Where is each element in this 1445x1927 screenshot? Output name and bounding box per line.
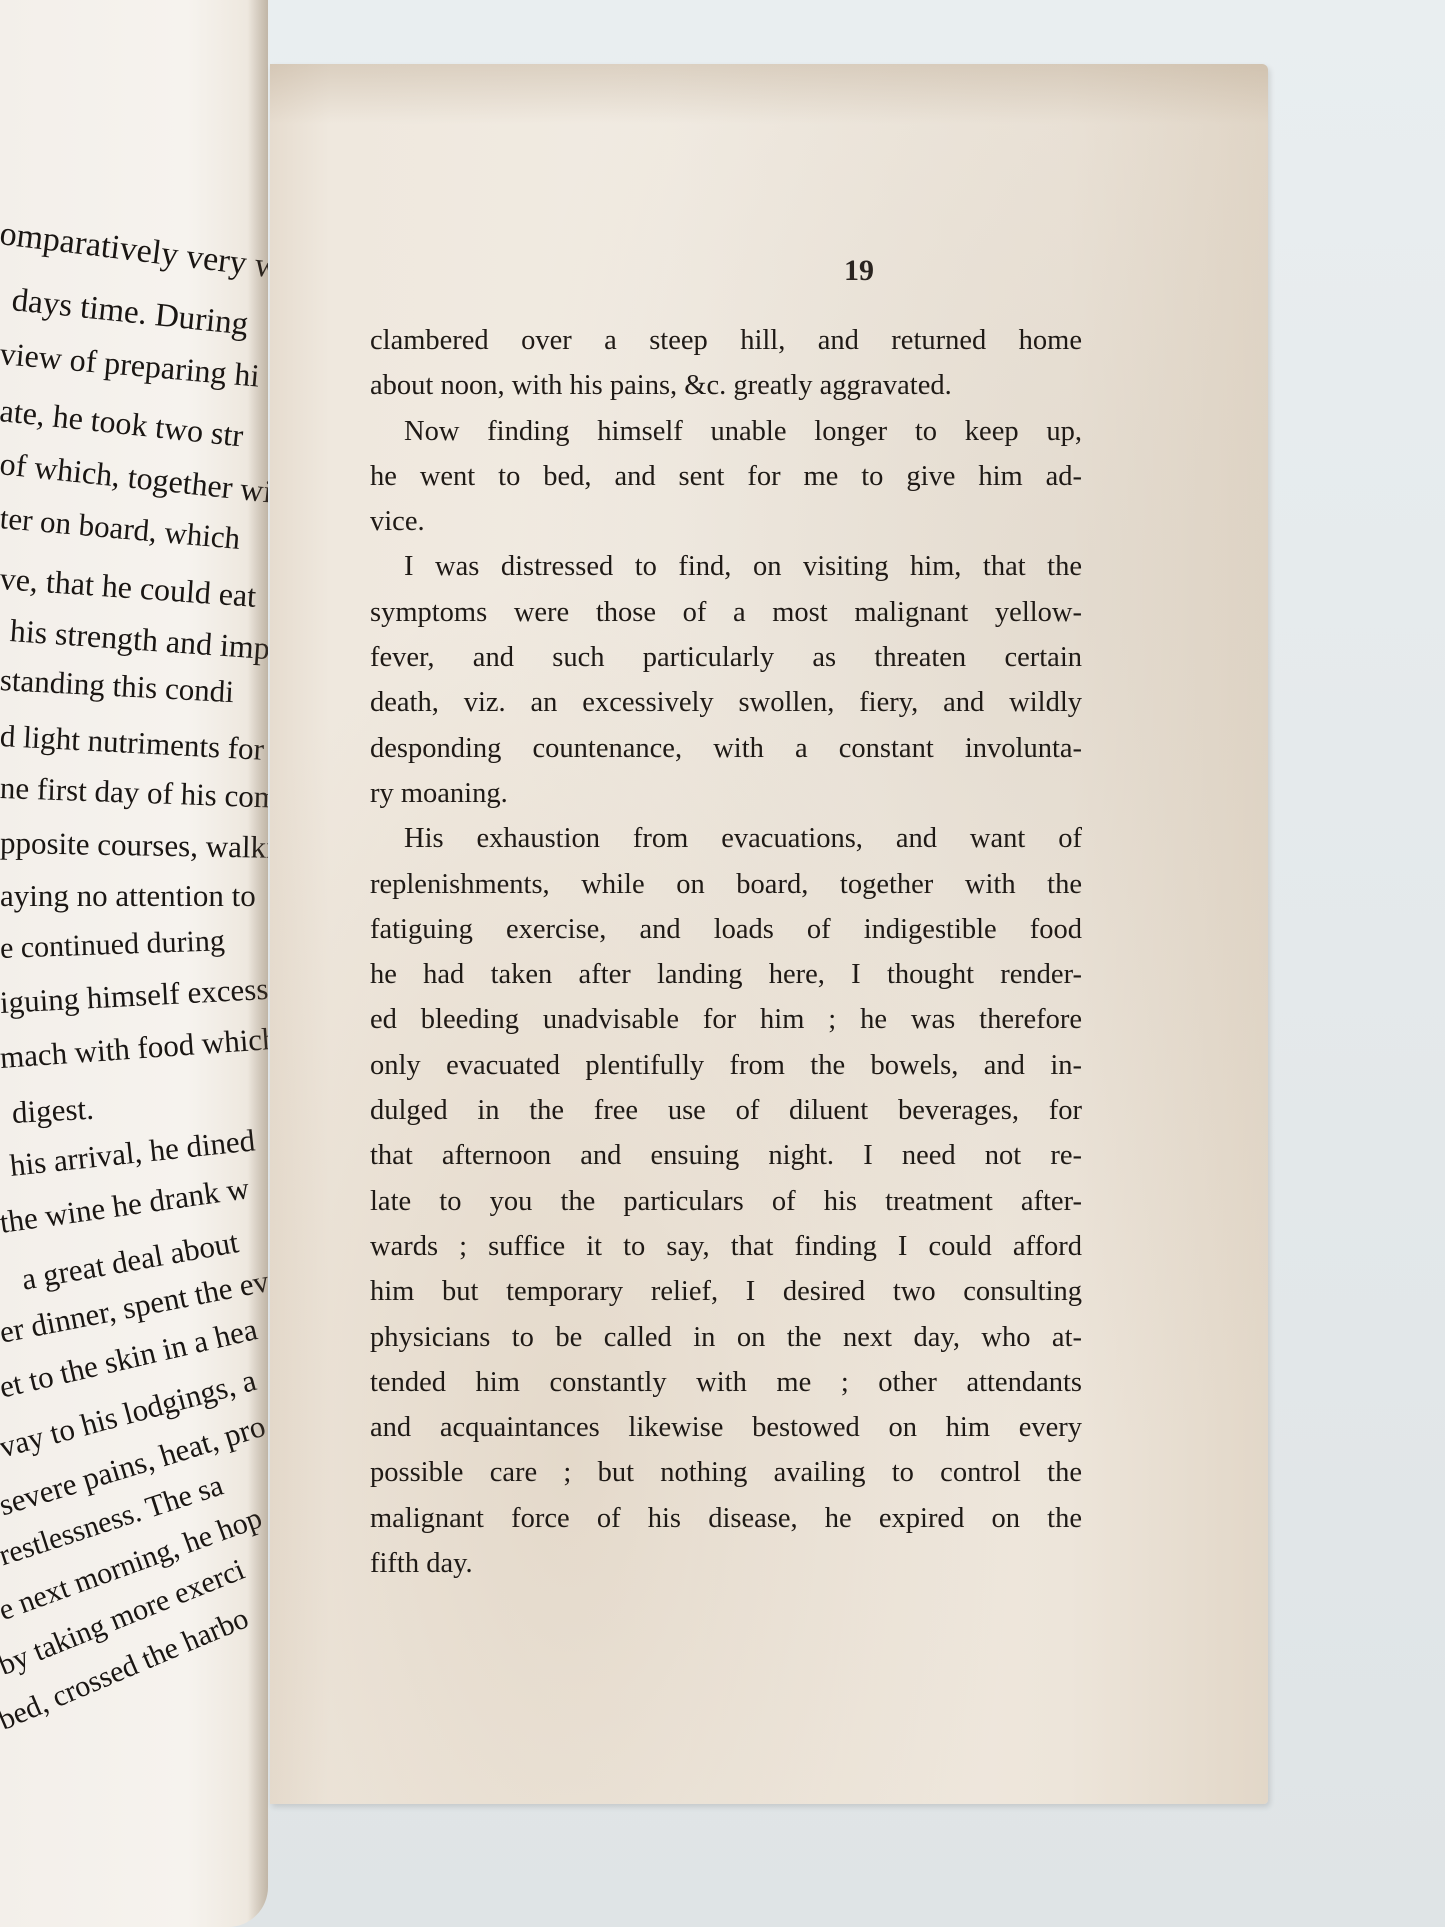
left-page-text-line: mach with food which — [0, 1021, 268, 1076]
left-page-text-line: of which, together wi — [0, 445, 268, 510]
left-page-text-line: omparatively very wa — [0, 215, 268, 289]
left-page-text-line: e continued during — [0, 924, 225, 966]
left-page-text-line: iguing himself excessi — [0, 971, 268, 1021]
text-line: he went to bed, and sent for me to give … — [370, 454, 1082, 499]
left-page-text-line: days time. During — [10, 282, 250, 344]
text-line: I was distressed to find, on visiting hi… — [370, 544, 1082, 589]
right-page: 19 clambered over a steep hill, and retu… — [270, 64, 1268, 1804]
text-line: late to you the particulars of his treat… — [370, 1179, 1082, 1224]
text-line: fifth day. — [370, 1541, 1082, 1586]
text-line: only evacuated plentifully from the bowe… — [370, 1043, 1082, 1088]
left-page-text-line: ate, he took two str — [0, 392, 245, 454]
text-line: replenishments, while on board, together… — [370, 862, 1082, 907]
text-line: fever, and such particularly as threaten… — [370, 635, 1082, 680]
text-line: symptoms were those of a most malignant … — [370, 590, 1082, 635]
text-line: possible care ; but nothing availing to … — [370, 1450, 1082, 1495]
left-page-text-line: ter on board, which — [0, 500, 242, 557]
left-page-text-line: ne first day of his com — [0, 770, 268, 816]
text-line: and acquaintances likewise bestowed on h… — [370, 1405, 1082, 1450]
text-line: desponding countenance, with a constant … — [370, 726, 1082, 771]
text-line: that afternoon and ensuing night. I need… — [370, 1133, 1082, 1178]
text-line: His exhaustion from evacuations, and wan… — [370, 816, 1082, 861]
text-line: about noon, with his pains, &c. greatly … — [370, 363, 1082, 408]
left-page-text-line: aying no attention to — [0, 878, 256, 914]
text-line: ry moaning. — [370, 771, 1082, 816]
text-line: ed bleeding unadvisable for him ; he was… — [370, 997, 1082, 1042]
left-page-text-line: his strength and imp — [9, 612, 268, 667]
left-page-text-line: pposite courses, walki — [0, 825, 268, 866]
left-page-text-line: ve, that he could eat — [0, 560, 257, 615]
text-line: death, viz. an excessively swollen, fier… — [370, 680, 1082, 725]
text-line: wards ; suffice it to say, that finding … — [370, 1224, 1082, 1269]
left-page-text-line: digest. — [11, 1091, 95, 1131]
text-line: Now finding himself unable longer to kee… — [370, 409, 1082, 454]
text-line: vice. — [370, 499, 1082, 544]
text-line: malignant force of his disease, he expir… — [370, 1496, 1082, 1541]
left-page-curled: omparatively very wadays time. Duringvie… — [0, 0, 268, 1927]
left-page-text-line: standing this condi — [0, 662, 235, 710]
text-line: clambered over a steep hill, and returne… — [370, 318, 1082, 363]
page-body-text: clambered over a steep hill, and returne… — [370, 318, 1082, 1586]
text-line: fatiguing exercise, and loads of indiges… — [370, 907, 1082, 952]
page-number: 19 — [270, 254, 1268, 288]
left-page-text-line: view of preparing hi — [0, 335, 261, 395]
text-line: physicians to be called in on the next d… — [370, 1315, 1082, 1360]
text-line: he had taken after landing here, I thoug… — [370, 952, 1082, 997]
text-line: tended him constantly with me ; other at… — [370, 1360, 1082, 1405]
text-line: dulged in the free use of diluent bevera… — [370, 1088, 1082, 1133]
left-page-text-line: d light nutriments for — [0, 718, 265, 768]
text-line: him but temporary relief, I desired two … — [370, 1269, 1082, 1314]
